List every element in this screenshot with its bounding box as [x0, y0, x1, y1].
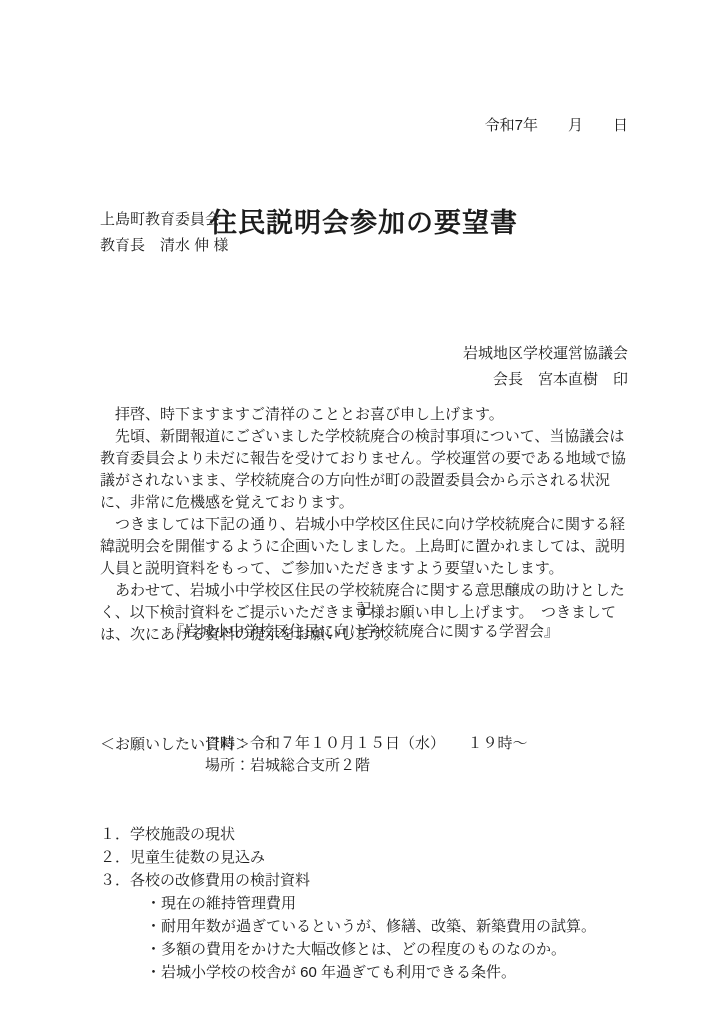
document-page: 令和7年 月 日 上島町教育委員会教育長 清水 伸 様 住民説明会参加の要望書 …: [0, 0, 724, 1024]
event-detail-line: 日時：令和７年１０月１５日（水） １９時～: [205, 733, 528, 755]
event-title: 『岩城小中学校区住民に向け学校統廃合に関する学習会』: [100, 621, 628, 643]
body-line: 拝啓、時下ますますご清祥のこととお喜び申し上げます。: [100, 404, 628, 426]
request-sub-item: ・岩城小学校の校舎が 60 年過ぎても利用できる条件。: [146, 961, 596, 984]
date-line: 令和7年 月 日: [100, 115, 628, 137]
request-sub-item: ・耐用年数が過ぎているというが、修繕、改築、新築費用の試算。: [146, 915, 596, 938]
body-line: に、非常に危機感を覚えております。: [100, 492, 628, 514]
note-marker: 記: [100, 599, 628, 621]
request-heading: ＜お願いしたい資料＞: [100, 734, 250, 756]
request-sub-item: ・多額の費用をかけた大幅改修とは、どの程度のものなのか。: [146, 938, 596, 961]
body-line: 議がされないまま、学校統廃合の方向性が町の設置委員会から示される状況: [100, 470, 628, 492]
body-line: 緯説明会を開催するように企画いたしました。上島町に置かれましては、説明: [100, 536, 628, 558]
document-title: 住民説明会参加の要望書: [100, 203, 628, 243]
letter-content: 令和7年 月 日 上島町教育委員会教育長 清水 伸 様 住民説明会参加の要望書 …: [100, 0, 628, 1024]
body-line: 人員と説明資料をもって、ご参加いただきますよう要望いたします。: [100, 558, 628, 580]
request-sub-list: ・現在の維持管理費用・耐用年数が過ぎているというが、修繕、改築、新築費用の試算。…: [146, 826, 596, 984]
body-line: 先頃、新聞報道にございました学校統廃合の検討事項について、当協議会は: [100, 426, 628, 448]
body-line: 教育委員会より未だに報告を受けておりません。学校運営の要である地域で協: [100, 448, 628, 470]
request-sub-item: ・現在の維持管理費用: [146, 892, 596, 915]
body-line: つきましては下記の通り、岩城小中学校区住民に向け学校統廃合に関する経: [100, 514, 628, 536]
